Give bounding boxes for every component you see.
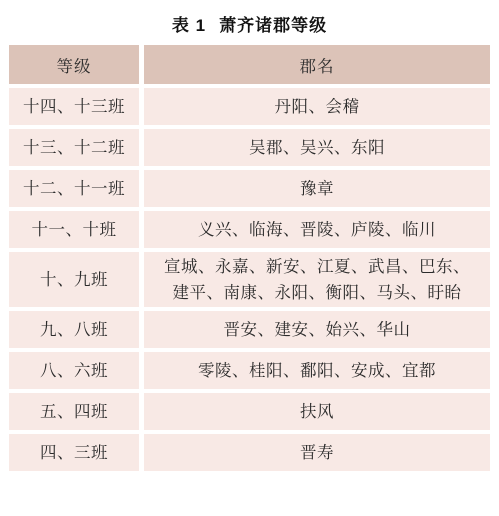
table-row: 四、三班 晋寿: [9, 434, 490, 471]
rank-cell: 十一、十班: [9, 211, 139, 248]
names-cell: 晋寿: [144, 434, 490, 471]
rank-cell: 四、三班: [9, 434, 139, 471]
names-cell: 零陵、桂阳、鄱阳、安成、宜都: [144, 352, 490, 389]
rank-cell: 十四、十三班: [9, 88, 139, 125]
names-cell: 晋安、建安、始兴、华山: [144, 311, 490, 348]
names-cell: 丹阳、会稽: [144, 88, 490, 125]
table-row: 十二、十一班 豫章: [9, 170, 490, 207]
table-row: 五、四班 扶风: [9, 393, 490, 430]
rank-cell: 十二、十一班: [9, 170, 139, 207]
header-row: 等级 郡名: [9, 45, 490, 84]
rank-cell: 十、九班: [9, 252, 139, 307]
table-row: 十一、十班 义兴、临海、晋陵、庐陵、临川: [9, 211, 490, 248]
rank-cell: 九、八班: [9, 311, 139, 348]
header-rank: 等级: [9, 45, 139, 84]
rank-cell: 五、四班: [9, 393, 139, 430]
rank-cell: 八、六班: [9, 352, 139, 389]
table-row: 十三、十二班 吴郡、吴兴、东阳: [9, 129, 490, 166]
names-cell: 豫章: [144, 170, 490, 207]
table-caption-text: 萧齐诸郡等级: [219, 16, 327, 35]
names-cell: 宣城、永嘉、新安、江夏、武昌、巴东、建平、南康、永阳、衡阳、马头、盱眙: [144, 252, 490, 307]
rank-table: 等级 郡名 十四、十三班 丹阳、会稽 十三、十二班 吴郡、吴兴、东阳 十二、十一…: [4, 41, 495, 475]
names-cell: 义兴、临海、晋陵、庐陵、临川: [144, 211, 490, 248]
table-caption-label: 表 1: [172, 16, 206, 35]
table-row: 九、八班 晋安、建安、始兴、华山: [9, 311, 490, 348]
table-caption: 表 1萧齐诸郡等级: [0, 0, 499, 36]
table-row: 十、九班 宣城、永嘉、新安、江夏、武昌、巴东、建平、南康、永阳、衡阳、马头、盱眙: [9, 252, 490, 307]
page: 表 1萧齐诸郡等级 等级 郡名 十四、十三班 丹阳、会稽 十三、十二班 吴郡、吴…: [0, 0, 499, 516]
names-cell: 扶风: [144, 393, 490, 430]
names-cell: 吴郡、吴兴、东阳: [144, 129, 490, 166]
header-names: 郡名: [144, 45, 490, 84]
table-row: 十四、十三班 丹阳、会稽: [9, 88, 490, 125]
table-row: 八、六班 零陵、桂阳、鄱阳、安成、宜都: [9, 352, 490, 389]
rank-cell: 十三、十二班: [9, 129, 139, 166]
